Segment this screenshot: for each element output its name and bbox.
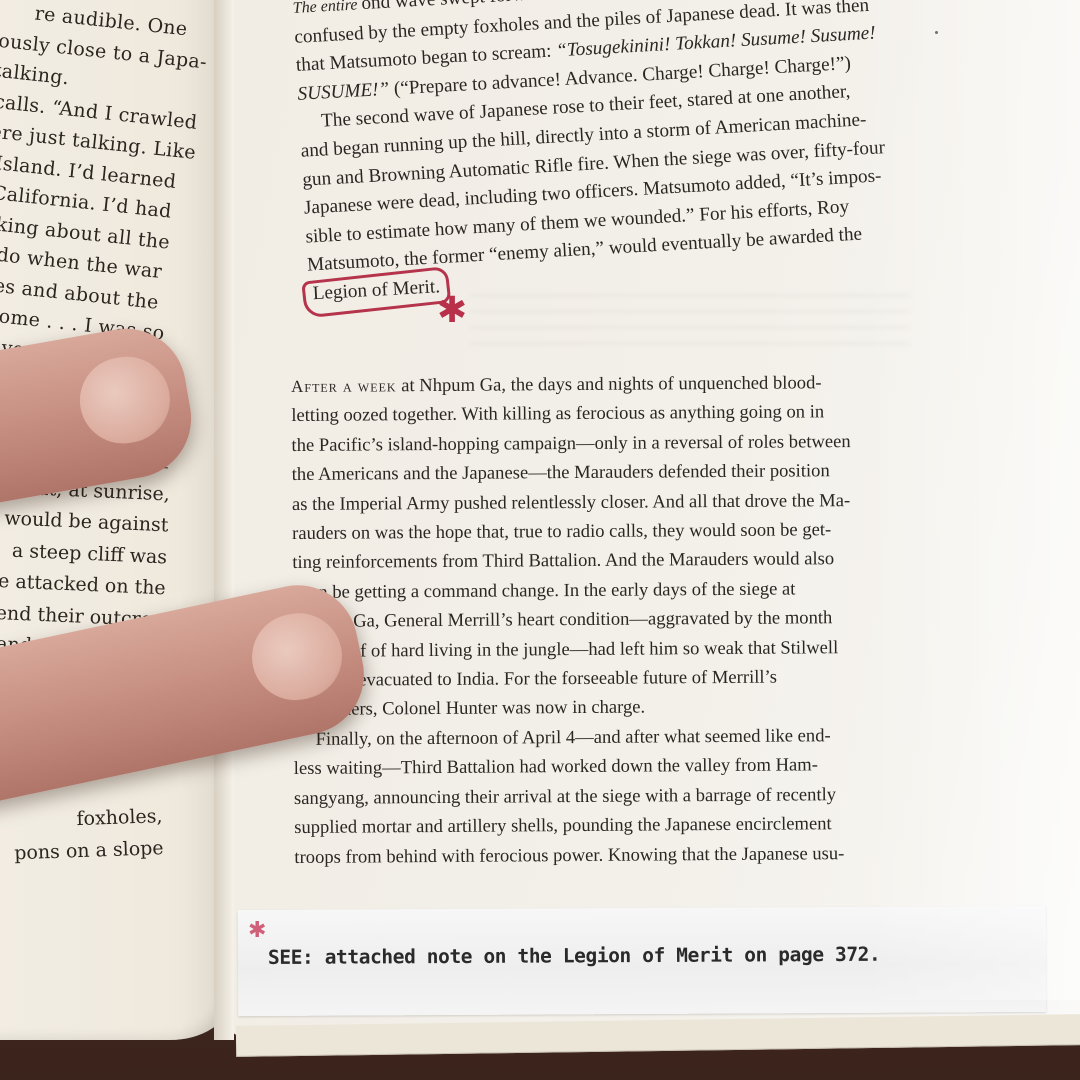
fingernail — [244, 605, 350, 708]
text-fragment: The entire — [292, 0, 362, 17]
pencil-dot — [935, 31, 938, 34]
text-line: Nhpum Ga, General Merrill’s heart condit… — [293, 603, 852, 636]
book-gutter — [214, 0, 234, 1040]
left-page-text-bottom: foxholes, pons on a slope — [0, 800, 164, 870]
text-line: as the Imperial Army pushed relentlessly… — [292, 486, 851, 519]
note-text: SEE: attached note on the Legion of Meri… — [268, 943, 880, 969]
show-through-text — [470, 285, 910, 345]
left-page-text-top: re audible. One rously close to a Japa- … — [0, 0, 189, 378]
photo-scene: re audible. One rously close to a Japa- … — [0, 0, 1080, 1080]
right-page-top-paragraph: The entire ond wave swept forward from t… — [292, 0, 926, 309]
pink-star-icon: ✱ — [248, 918, 266, 943]
red-star-annotation-icon: ✱ — [437, 295, 471, 327]
text-line: letting oozed together. With killing as … — [291, 398, 850, 431]
text-line: troops from behind with ferocious power.… — [294, 839, 853, 872]
section-lead: After a week — [291, 376, 397, 396]
text-fragment: SUSUME!” — [297, 79, 390, 105]
text-line: Finally, on the afternoon of April 4—and… — [293, 721, 852, 754]
text-line: less waiting—Third Battalion had worked … — [294, 750, 853, 783]
typewritten-note-strip: SEE: attached note on the Legion of Meri… — [238, 906, 1047, 1016]
text-fragment: at Nhpum Ga, the days and nights of unqu… — [396, 372, 821, 396]
text-line: had him evacuated to India. For the fors… — [293, 662, 852, 695]
highlighted-phrase: Legion of Merit. — [308, 273, 445, 309]
text-line: and a half of hard living in the jungle—… — [293, 633, 852, 666]
fingernail — [73, 350, 177, 450]
text-line: Marauders, Colonel Hunter was now in cha… — [293, 692, 852, 725]
text-line: ting reinforcements from Third Battalion… — [292, 545, 851, 578]
text-line: supplied mortar and artillery shells, po… — [294, 809, 853, 842]
right-page-section-paragraph: After a week at Nhpum Ga, the days and n… — [291, 368, 854, 872]
text-line: pons on a slope — [0, 832, 164, 870]
text-line: sangyang, announcing their arrival at th… — [294, 780, 853, 813]
text-line: rauders on was the hope that, true to ra… — [292, 515, 851, 548]
text-line: the Pacific’s island-hopping campaign—on… — [291, 427, 850, 460]
text-line: After a week at Nhpum Ga, the days and n… — [291, 368, 850, 401]
text-line: soon be getting a command change. In the… — [292, 574, 851, 607]
text-line: the Americans and the Japanese—the Marau… — [292, 456, 851, 489]
